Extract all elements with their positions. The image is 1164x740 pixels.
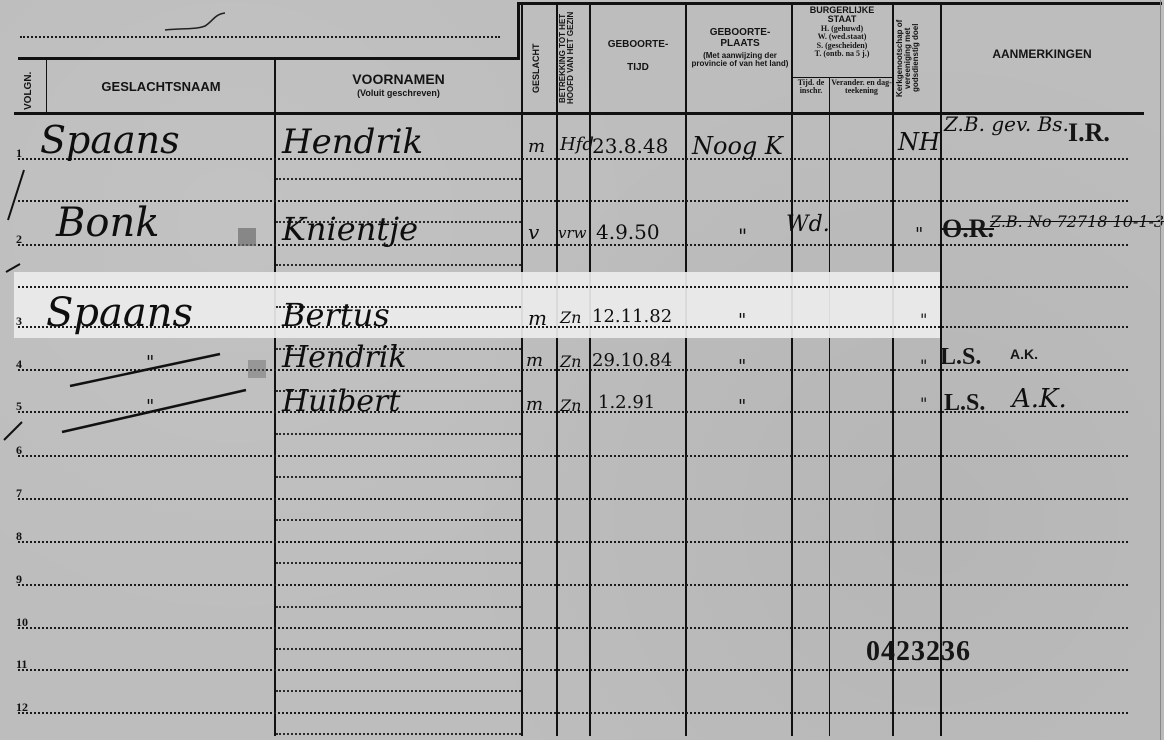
voornamen-subline <box>276 433 521 435</box>
relation-cell: Zn <box>560 308 581 327</box>
col-divider-burg-sub <box>829 78 830 736</box>
birth-date-cell: 29.10.84 <box>592 350 672 371</box>
civil-status-cell: Wd. <box>786 212 830 237</box>
row-line-11 <box>18 669 1128 671</box>
church-cell: NH <box>898 128 940 156</box>
header-aanmerkingen: AANMERKINGEN <box>942 48 1142 61</box>
voornamen-subline <box>276 476 521 478</box>
row-line-9 <box>18 584 1128 586</box>
header-volgnr: VOLGN. <box>24 62 34 110</box>
row-line-aux-b <box>18 286 1128 288</box>
row-line-8 <box>18 541 1128 543</box>
header-kerkgenootschap: Kerkgenootschap of vereeniging met godsd… <box>896 6 938 110</box>
header-geboorteplaats-label: GEBOORTE-PLAATS <box>690 28 790 49</box>
voornamen-subline <box>276 648 521 650</box>
row-number: 10 <box>16 615 28 630</box>
sex-cell: m <box>526 394 543 415</box>
birth-place-cell: " <box>738 310 746 331</box>
header-burgerlijke-staat-label: BURGERLIJKE STAAT <box>792 6 892 25</box>
birth-place-cell: " <box>738 356 746 377</box>
row-number: 11 <box>16 657 27 672</box>
ink-smudge <box>238 228 256 246</box>
voornamen-subline <box>276 733 521 735</box>
church-cell: " <box>920 394 927 413</box>
row-number: 8 <box>16 529 22 544</box>
voornamen-subline <box>276 690 521 692</box>
col-divider-geslachtsnaam <box>274 60 276 736</box>
voornamen-subline <box>276 519 521 521</box>
voornamen-subline <box>276 562 521 564</box>
paper-right-edge <box>1160 0 1161 740</box>
header-geboortetijd: GEBOORTE- TIJD <box>591 40 685 73</box>
header-burg-sub-tijd: Tijd. de inschr. <box>793 79 829 96</box>
card-number-stamp: 0423236 <box>866 636 971 668</box>
header-top-rule <box>18 57 520 60</box>
relation-cell: Hfd <box>560 134 594 155</box>
birth-date-cell: 1.2.91 <box>598 392 655 413</box>
remarks-stamp: I.R. <box>1068 118 1110 148</box>
remarks-cell: Z.B. No 72718 10-1-37 LS <box>990 212 1164 231</box>
header-geslachtsnaam: GESLACHTSNAAM <box>48 80 274 94</box>
row-line-1 <box>18 158 1128 160</box>
remarks-stamp: L.S. <box>940 344 981 371</box>
header-burg-legend-t: T. (ontb. na 5 j.) <box>792 50 892 58</box>
voornamen-subline <box>276 264 521 266</box>
row-line-2 <box>18 244 1128 246</box>
church-cell: " <box>915 224 923 245</box>
row-line-aux-a <box>18 200 1128 202</box>
birth-date-cell: 23.8.48 <box>592 134 668 158</box>
remarks-cell: A.K. <box>1010 346 1038 362</box>
ink-smudge <box>248 360 266 378</box>
relation-cell: Zn <box>560 396 581 415</box>
remarks-stamp: O.R. <box>942 214 994 244</box>
voornamen-subline <box>276 606 521 608</box>
ditto-stroke-icon <box>60 348 230 388</box>
sex-cell: v <box>528 220 539 244</box>
sex-cell: m <box>528 306 547 330</box>
row-line-7 <box>18 498 1128 500</box>
given-names-cell: Knientje <box>282 210 418 248</box>
birth-date-cell: 12.11.82 <box>592 306 672 327</box>
header-burg-sub-verander: Verander. en dag-teekening <box>831 79 892 96</box>
given-names-cell: Hendrik <box>282 122 423 162</box>
surname-cell: Bonk <box>56 200 159 246</box>
margin-bracket-icon <box>0 160 30 450</box>
header-geslacht: GESLACHT <box>532 28 541 108</box>
row-line-6 <box>18 455 1128 457</box>
header-geboorteplaats-sublabel: (Met aanwijzing der provincie of van het… <box>690 52 790 69</box>
given-names-cell: Hendrik <box>282 340 407 375</box>
surname-cell: Spaans <box>46 290 193 336</box>
row-line-12 <box>18 712 1128 714</box>
row-number: 9 <box>16 572 22 587</box>
remarks-cell: A.K. <box>1012 384 1067 414</box>
church-cell: " <box>920 310 927 329</box>
given-names-cell: Bertus <box>282 296 390 334</box>
birth-place-cell: " <box>738 224 747 248</box>
church-cell: " <box>920 356 927 375</box>
col-divider-volgnr <box>46 60 47 112</box>
header-betrekking: BETREKKING TOT HET HOOFD VAN HET GEZIN <box>559 6 587 110</box>
relation-cell: Zn <box>560 352 581 371</box>
row-line-10 <box>18 627 1128 629</box>
sex-cell: m <box>526 350 543 371</box>
squiggle-mark-icon <box>160 8 230 38</box>
row-number: 1 <box>16 146 22 161</box>
relation-cell: vrw <box>558 224 586 242</box>
voornamen-subline <box>276 178 521 180</box>
remarks-stamp: L.S. <box>944 390 985 417</box>
remarks-cell: Z.B. gev. Bs. <box>944 112 1069 136</box>
header-burgerlijke-staat: BURGERLIJKE STAAT H. (gehuwd) W. (wed.st… <box>792 6 892 58</box>
given-names-cell: Huibert <box>282 384 400 419</box>
header-voornamen-label: VOORNAMEN <box>276 72 521 87</box>
surname-cell: Spaans <box>40 118 180 162</box>
register-card: VOLGN. GESLACHTSNAAM VOORNAMEN (Voluit g… <box>0 0 1164 740</box>
birth-place-cell: Noog K <box>692 132 783 160</box>
header-geboortetijd-label: GEBOORTE- <box>591 40 685 51</box>
header-voornamen-sublabel: (Voluit geschreven) <box>276 89 521 98</box>
ditto-stroke-icon <box>56 386 256 436</box>
header-voornamen: VOORNAMEN (Voluit geschreven) <box>276 72 521 98</box>
birth-date-cell: 4.9.50 <box>596 220 660 244</box>
header-box-left <box>517 2 520 58</box>
header-geboorteplaats: GEBOORTE-PLAATS (Met aanwijzing der prov… <box>690 28 790 69</box>
header-geboortetijd-label2: TIJD <box>591 63 685 74</box>
sex-cell: m <box>528 136 545 157</box>
birth-place-cell: " <box>738 396 746 417</box>
top-dotted-line <box>20 36 500 38</box>
row-number: 12 <box>16 700 28 715</box>
row-number: 7 <box>16 486 22 501</box>
